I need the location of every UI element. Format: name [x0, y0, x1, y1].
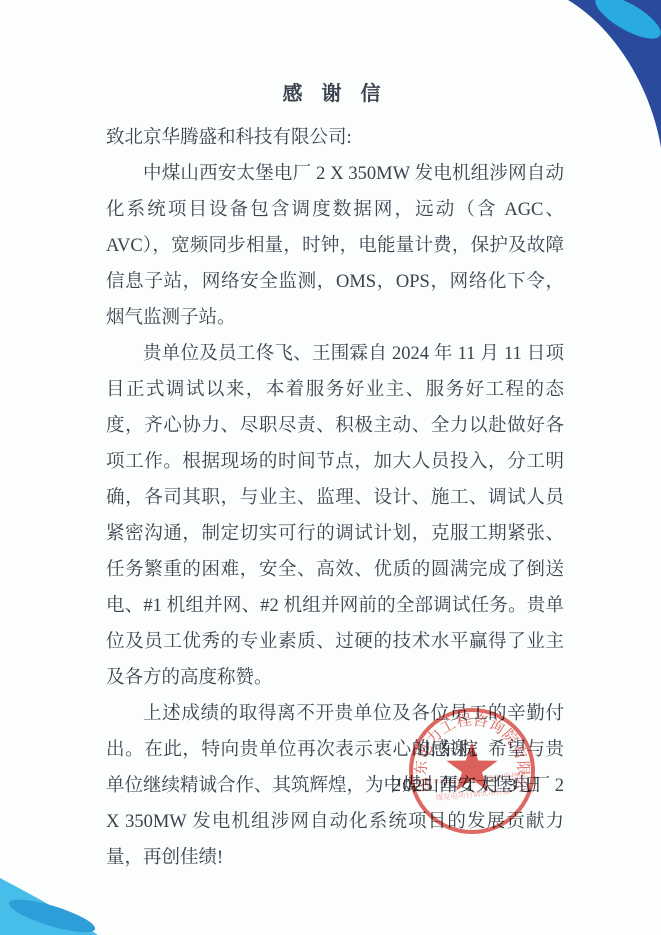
- bottom-left-corner-decoration: [0, 870, 100, 935]
- letter-paragraph-1: 中煤山西安太堡电厂 2 X 350MW 发电机组涉网自动化系统项目设备包含调度数…: [106, 156, 564, 336]
- light-blue-wedge-shape: [0, 878, 98, 935]
- letter-page: 感 谢 信 致北京华腾盛和科技有限公司: 中煤山西安太堡电厂 2 X 350MW…: [0, 0, 661, 935]
- letter-title: 感 谢 信: [106, 80, 564, 108]
- seal-inner-text-line2: 煤发电项目调试项目部: [435, 786, 511, 803]
- navy-corner-shape: [568, 0, 661, 148]
- cyan-crescent-shape: [589, 0, 661, 47]
- blue-crescent-shape: [6, 893, 98, 935]
- top-right-corner-decoration: [566, 0, 661, 152]
- company-seal-stamp: 山东电力工程咨询院有限公司 中煤平朔安太堡2X350MW低热值 煤发电项目调试项…: [402, 701, 542, 841]
- letter-recipient: 致北京华腾盛和科技有限公司:: [106, 120, 564, 156]
- letter-paragraph-2: 贵单位及员工佟飞、王围霖自 2024 年 11 月 11 日项目正式调试以来，本…: [106, 336, 564, 696]
